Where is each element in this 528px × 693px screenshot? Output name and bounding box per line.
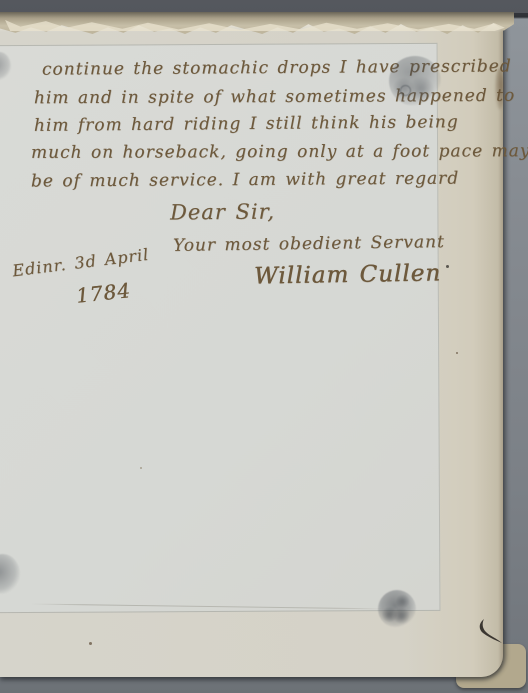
paper-speck [89, 642, 92, 645]
signature: William Cullen [254, 260, 441, 289]
ink-smudge-bottom [378, 590, 416, 628]
pen-stroke-mark [473, 614, 505, 648]
salutation-close: Dear Sir, [170, 200, 275, 225]
letter-line-4: much on horseback, going only at a foot … [31, 141, 528, 163]
paper-speck [456, 352, 458, 354]
letter-line-2: him and in spite of what sometimes happe… [34, 86, 515, 109]
paper-speck [446, 265, 449, 268]
ink-smudge-top-right [389, 56, 441, 106]
letter-line-5: be of much service. I am with great rega… [31, 169, 459, 192]
scanned-letter-photograph: continue the stomachic drops I have pres… [0, 0, 528, 693]
page-edge-stain [495, 68, 504, 110]
letter-line-1: continue the stomachic drops I have pres… [42, 56, 512, 79]
paper-speck [140, 467, 142, 469]
valediction: Your most obedient Servant [173, 232, 445, 256]
letter-line-3: him from hard riding I still think his b… [34, 112, 459, 136]
